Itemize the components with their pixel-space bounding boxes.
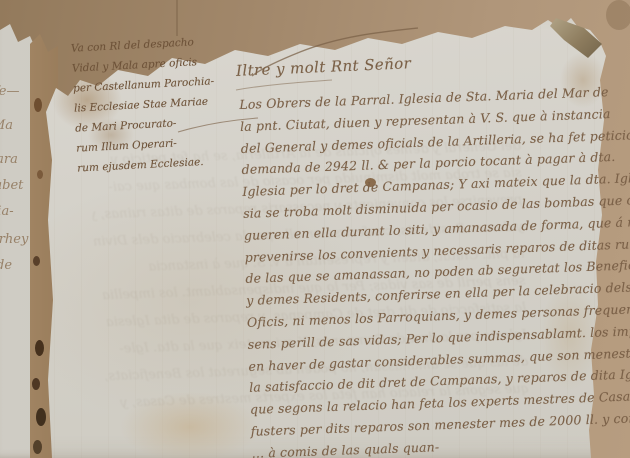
left-page-text-fragment: ſe—: [0, 84, 20, 99]
left-page-text-fragment: cia-: [0, 204, 14, 219]
spine-damage-spot: [32, 378, 40, 390]
spine-damage-spot: [34, 98, 42, 112]
spine-damage-spot: [35, 340, 44, 356]
spine-damage-spot: [37, 170, 43, 179]
photo-of-manuscript: ſe— Ma Para habet cia- erhey de del Gene…: [0, 0, 630, 458]
spine-damage-spot: [33, 256, 40, 266]
cardboard-crease: [176, 0, 178, 36]
left-page-text-fragment: de: [0, 258, 12, 273]
spine-damage-spot: [33, 440, 42, 454]
letter-body: Los Obrers de la Parral. Iglesia de Sta.…: [239, 81, 612, 458]
spine-damage-spot: [36, 408, 46, 426]
left-page-text-fragment: Para: [0, 152, 18, 167]
left-page-text-fragment: habet: [0, 178, 23, 193]
margin-note: Va con Rl del despacho Vidal y Mala apre…: [70, 29, 255, 178]
left-page-text-fragment: erhey: [0, 232, 28, 247]
cardboard-smudge: [606, 0, 630, 30]
left-page-text-fragment: Ma: [0, 118, 13, 133]
